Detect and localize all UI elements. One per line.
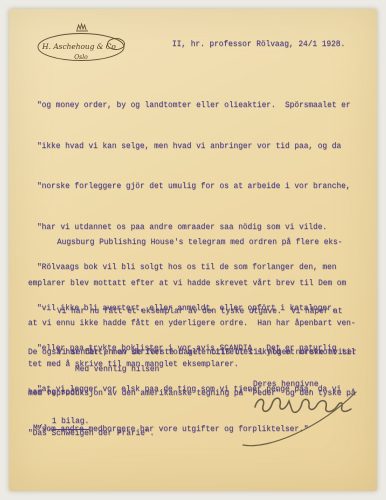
quote-line: "norske forleggere gjör det umulig for o… bbox=[37, 181, 351, 195]
quote-line: "og money order, by og landtomter eller … bbox=[37, 100, 351, 114]
quote-line: "ikke hvad vi kan selge, men hvad vi anb… bbox=[37, 141, 351, 155]
logo-city-text: Oslo bbox=[74, 54, 88, 61]
body-line: Vi har nu fått et eksemplar av den tyske… bbox=[28, 306, 356, 320]
letter-paper: H. Aschehoug & Co Oslo II, hr. professor… bbox=[9, 9, 377, 491]
body-line: Vi sender en av de förste dager notis ut… bbox=[28, 347, 356, 361]
dateline: II, hr. professor Rölvaag, 24/1 1928. bbox=[172, 39, 345, 53]
valediction: Med vennlig hilsen bbox=[75, 364, 159, 378]
body-line: Augsburg Publishing House's telegram med… bbox=[28, 237, 356, 251]
enclosure-label: 1 bilag. bbox=[52, 416, 89, 431]
typist-initials: M/J. bbox=[33, 423, 52, 437]
logo-publisher-text: H. Aschehoug & Co bbox=[41, 42, 116, 51]
crown-icon bbox=[77, 24, 86, 30]
handwritten-signature bbox=[235, 385, 361, 451]
aschehoug-logo-stamp: H. Aschehoug & Co Oslo bbox=[35, 19, 131, 71]
signature-name-scrawl bbox=[255, 398, 351, 412]
